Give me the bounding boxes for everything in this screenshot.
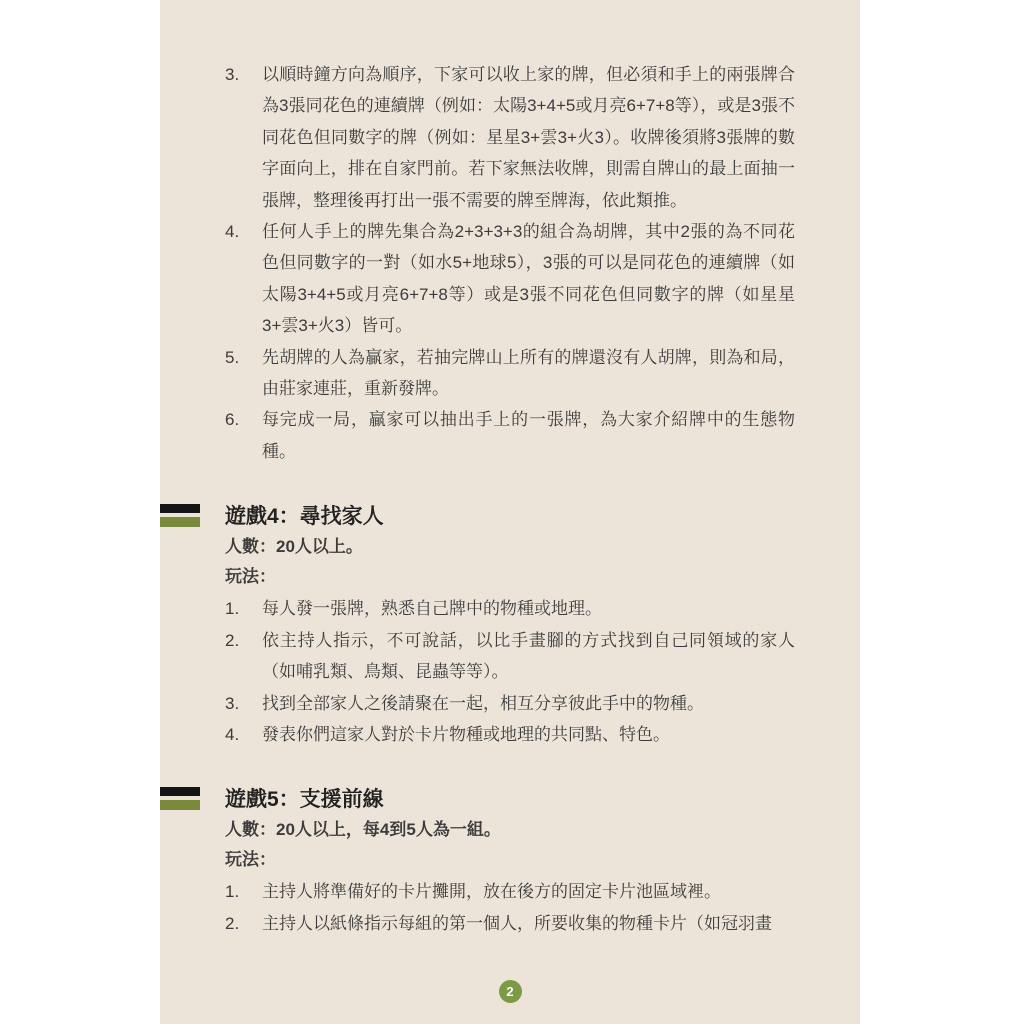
item-number: 1. — [225, 876, 262, 907]
list-item: 1. 每人發一張牌，熟悉自己牌中的物種或地理。 — [225, 593, 795, 624]
list-item: 2. 依主持人指示，不可說話，以比手畫腳的方式找到自己同領域的家人（如哺乳類、鳥… — [225, 625, 795, 688]
page-number-badge: 2 — [499, 980, 522, 1003]
item-text: 依主持人指示，不可說話，以比手畫腳的方式找到自己同領域的家人（如哺乳類、鳥類、昆… — [262, 625, 795, 688]
item-number: 5. — [225, 342, 262, 405]
item-text: 先胡牌的人為贏家，若抽完牌山上所有的牌還沒有人胡牌，則為和局，由莊家連莊，重新發… — [262, 342, 795, 405]
list-item: 5. 先胡牌的人為贏家，若抽完牌山上所有的牌還沒有人胡牌，則為和局，由莊家連莊，… — [225, 342, 795, 405]
section-marker-icon — [160, 504, 200, 529]
item-text: 發表你們這家人對於卡片物種或地理的共同點、特色。 — [262, 719, 795, 750]
item-number: 4. — [225, 719, 262, 750]
section-game-4: 遊戲4：尋找家人 人數：20人以上。 玩法： 1. 每人發一張牌，熟悉自己牌中的… — [225, 502, 795, 750]
section-title-text: 遊戲4：尋找家人 — [225, 505, 384, 528]
marker-black-bar — [160, 504, 200, 513]
item-text: 每人發一張牌，熟悉自己牌中的物種或地理。 — [262, 593, 795, 624]
item-text: 任何人手上的牌先集合為2+3+3+3的組合為胡牌，其中2張的為不同花色但同數字的… — [262, 216, 795, 342]
list-item: 4. 發表你們這家人對於卡片物種或地理的共同點、特色。 — [225, 719, 795, 750]
page-footer: 2 — [225, 975, 795, 1006]
item-text: 每完成一局，贏家可以抽出手上的一張牌，為大家介紹牌中的生態物種。 — [262, 404, 795, 467]
item-number: 6. — [225, 404, 262, 467]
section-title: 遊戲4：尋找家人 — [225, 502, 795, 532]
item-text: 以順時鐘方向為順序，下家可以收上家的牌，但必須和手上的兩張牌合為3張同花色的連續… — [262, 59, 795, 216]
item-text: 主持人以紙條指示每組的第一個人，所要收集的物種卡片（如冠羽畫 — [262, 908, 795, 939]
item-number: 2. — [225, 908, 262, 939]
section-game-5: 遊戲5：支援前線 人數：20人以上，每4到5人為一組。 玩法： 1. 主持人將準… — [225, 785, 795, 939]
item-number: 3. — [225, 688, 262, 719]
marker-black-bar — [160, 787, 200, 796]
paper-page: 3. 以順時鐘方向為順序，下家可以收上家的牌，但必須和手上的兩張牌合為3張同花色… — [160, 0, 860, 1024]
method-label: 玩法： — [225, 845, 795, 875]
list-item: 3. 找到全部家人之後請聚在一起，相互分享彼此手中的物種。 — [225, 688, 795, 719]
list-item: 1. 主持人將準備好的卡片攤開，放在後方的固定卡片池區域裡。 — [225, 876, 795, 907]
players-line: 人數：20人以上，每4到5人為一組。 — [225, 815, 795, 845]
page-content: 3. 以順時鐘方向為順序，下家可以收上家的牌，但必須和手上的兩張牌合為3張同花色… — [160, 0, 860, 1007]
page-canvas: 3. 以順時鐘方向為順序，下家可以收上家的牌，但必須和手上的兩張牌合為3張同花色… — [0, 0, 1024, 1024]
game-5-steps: 1. 主持人將準備好的卡片攤開，放在後方的固定卡片池區域裡。 2. 主持人以紙條… — [225, 876, 795, 939]
section-title: 遊戲5：支援前線 — [225, 785, 795, 815]
method-label: 玩法： — [225, 562, 795, 592]
item-text: 主持人將準備好的卡片攤開，放在後方的固定卡片池區域裡。 — [262, 876, 795, 907]
item-number: 1. — [225, 593, 262, 624]
item-text: 找到全部家人之後請聚在一起，相互分享彼此手中的物種。 — [262, 688, 795, 719]
list-item: 2. 主持人以紙條指示每組的第一個人，所要收集的物種卡片（如冠羽畫 — [225, 908, 795, 939]
list-item: 4. 任何人手上的牌先集合為2+3+3+3的組合為胡牌，其中2張的為不同花色但同… — [225, 216, 795, 342]
section-title-text: 遊戲5：支援前線 — [225, 788, 384, 811]
rules-continued-list: 3. 以順時鐘方向為順序，下家可以收上家的牌，但必須和手上的兩張牌合為3張同花色… — [225, 59, 795, 467]
list-item: 3. 以順時鐘方向為順序，下家可以收上家的牌，但必須和手上的兩張牌合為3張同花色… — [225, 59, 795, 216]
game-4-steps: 1. 每人發一張牌，熟悉自己牌中的物種或地理。 2. 依主持人指示，不可說話，以… — [225, 593, 795, 750]
list-item: 6. 每完成一局，贏家可以抽出手上的一張牌，為大家介紹牌中的生態物種。 — [225, 404, 795, 467]
marker-green-bar — [160, 517, 200, 527]
item-number: 3. — [225, 59, 262, 216]
marker-green-bar — [160, 800, 200, 810]
section-marker-icon — [160, 787, 200, 812]
item-number: 4. — [225, 216, 262, 342]
item-number: 2. — [225, 625, 262, 688]
players-line: 人數：20人以上。 — [225, 532, 795, 562]
